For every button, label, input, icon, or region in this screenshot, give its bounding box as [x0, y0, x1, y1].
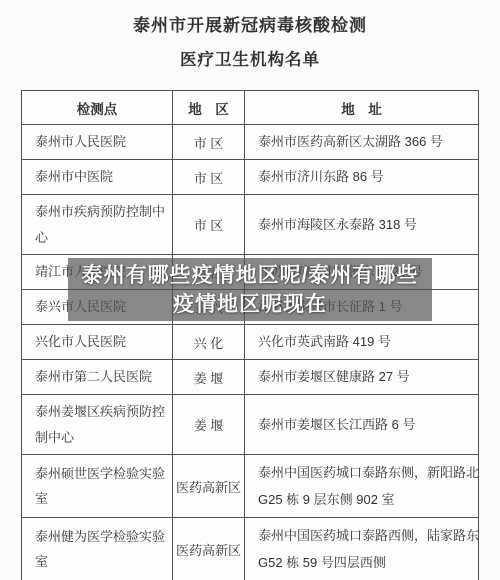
address-cell: 兴化市英武南路 419 号	[245, 325, 479, 360]
header-address: 地 址	[245, 91, 479, 125]
table-header-row: 检测点 地 区 地 址	[22, 91, 479, 125]
region-cell: 姜 堰	[173, 395, 245, 455]
address-cell: 泰州市济川东路 86 号	[245, 160, 479, 195]
address-line: G52 栋 59 号四层西侧	[258, 549, 475, 576]
address-line: 泰州市姜堰区健康路 27 号	[258, 363, 475, 390]
region-cell: 医药高新区	[173, 455, 245, 518]
facility-name-cell: 兴化市人民医院	[22, 325, 173, 360]
address-cell: 泰州市医药高新区太湖路 366 号	[245, 125, 479, 160]
region-cell: 市 区	[173, 125, 245, 160]
facility-name-cell: 泰州市中医院	[22, 160, 173, 195]
address-line: 泰州市济川东路 86 号	[258, 163, 475, 190]
table-row: 泰州健为医学检验实验室医药高新区泰州中国医药城口泰路西侧，陆家路东侧G52 栋 …	[22, 518, 479, 580]
table-row: 泰州市中医院市 区泰州市济川东路 86 号	[22, 160, 479, 195]
region-cell: 姜 堰	[173, 360, 245, 395]
region-cell: 市 区	[173, 195, 245, 255]
address-cell: 泰州市海陵区永泰路 318 号	[245, 195, 479, 255]
address-line: 泰州中国医药城口泰路西侧，陆家路东侧	[258, 522, 475, 549]
address-line: 泰州市医药高新区太湖路 366 号	[258, 128, 475, 155]
facility-name-cell: 泰州市第二人民医院	[22, 360, 173, 395]
address-line: G25 栋 9 层东侧 902 室	[258, 486, 475, 513]
region-cell: 医药高新区	[173, 518, 245, 580]
table-row: 泰州市第二人民医院姜 堰泰州市姜堰区健康路 27 号	[22, 360, 479, 395]
header-region: 地 区	[173, 91, 245, 125]
table-row: 泰州硕世医学检验实验室医药高新区泰州中国医药城口泰路东侧，新阳路北侧G25 栋 …	[22, 455, 479, 518]
address-line: 泰州市海陵区永泰路 318 号	[258, 211, 475, 238]
title-line-1: 泰州市开展新冠病毒核酸检测	[0, 14, 500, 38]
address-line: 兴化市英武南路 419 号	[258, 328, 475, 355]
notice-image: 泰州市开展新冠病毒核酸检测 医疗卫生机构名单 检测点 地 区 地 址 泰州市人民…	[0, 0, 500, 580]
region-cell: 市 区	[173, 160, 245, 195]
header-site: 检测点	[22, 91, 173, 125]
address-cell: 泰州市姜堰区长江西路 6 号	[245, 395, 479, 455]
title-line-2: 医疗卫生机构名单	[0, 48, 500, 72]
facility-name-cell: 泰州硕世医学检验实验室	[22, 455, 173, 518]
address-cell: 泰州市姜堰区健康路 27 号	[245, 360, 479, 395]
table-body: 泰州市人民医院市 区泰州市医药高新区太湖路 366 号泰州市中医院市 区泰州市济…	[22, 125, 479, 580]
table-row: 泰州市人民医院市 区泰州市医药高新区太湖路 366 号	[22, 125, 479, 160]
facility-name-cell: 泰州市疾病预防控制中心	[22, 195, 173, 255]
facility-name-cell: 泰州市人民医院	[22, 125, 173, 160]
address-line: 泰州中国医药城口泰路东侧，新阳路北侧	[258, 459, 475, 486]
address-cell: 泰州中国医药城口泰路西侧，陆家路东侧G52 栋 59 号四层西侧	[245, 518, 479, 580]
page-title: 泰州市开展新冠病毒核酸检测 医疗卫生机构名单	[0, 14, 500, 72]
table-row: 泰州市疾病预防控制中心市 区泰州市海陵区永泰路 318 号	[22, 195, 479, 255]
watermark-line-1: 泰州有哪些疫情地区呢/泰州有哪些	[82, 261, 419, 290]
region-cell: 兴 化	[173, 325, 245, 360]
testing-sites-table: 检测点 地 区 地 址 泰州市人民医院市 区泰州市医药高新区太湖路 366 号泰…	[21, 90, 479, 580]
facility-name-cell: 泰州健为医学检验实验室	[22, 518, 173, 580]
watermark-line-2: 疫情地区呢现在	[173, 290, 327, 319]
table-row: 兴化市人民医院兴 化兴化市英武南路 419 号	[22, 325, 479, 360]
address-line: 泰州市姜堰区长江西路 6 号	[258, 411, 475, 438]
address-cell: 泰州中国医药城口泰路东侧，新阳路北侧G25 栋 9 层东侧 902 室	[245, 455, 479, 518]
facility-name-cell: 泰州姜堰区疾病预防控制中心	[22, 395, 173, 455]
watermark-overlay: 泰州有哪些疫情地区呢/泰州有哪些 疫情地区呢现在	[68, 258, 432, 321]
table-row: 泰州姜堰区疾病预防控制中心姜 堰泰州市姜堰区长江西路 6 号	[22, 395, 479, 455]
